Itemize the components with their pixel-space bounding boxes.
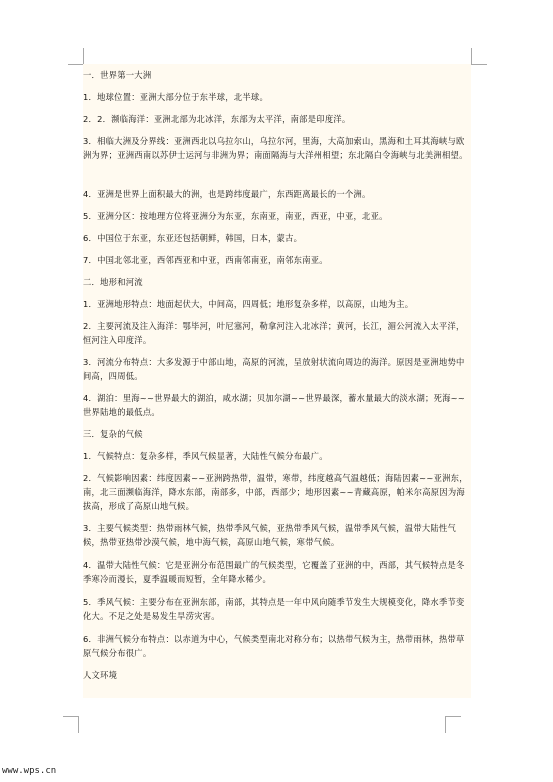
paragraph: 4．温带大陆性气候：它是亚洲分布范围最广的气候类型，它覆盖了亚洲的中，西部，其气…: [83, 558, 471, 586]
paragraph: 6．中国位于东亚，东亚还包括朝鲜，韩国，日本，蒙古。: [83, 231, 471, 245]
paragraph: 1．地球位置：亚洲大部分位于东半球，北半球。: [83, 90, 471, 104]
crop-mark-bottom-right: [445, 716, 461, 733]
paragraph: 2．2．濒临海洋：亚洲北部为北冰洋，东部为太平洋，南部是印度洋。: [83, 112, 471, 126]
paragraph: 2．气候影响因素：纬度因素~~亚洲跨热带，温带，寒带，纬度越高气温越低；海陆因素…: [83, 471, 471, 513]
paragraph: 3．相临大洲及分界线：亚洲西北以乌拉尔山，乌拉尔河，里海，大高加索山，黑海和土耳…: [83, 134, 471, 162]
section-heading: 三．复杂的气候: [83, 427, 471, 441]
paragraph: 1．气候特点：复杂多样，季风气候显著，大陆性气候分布最广。: [83, 449, 471, 463]
paragraph: 3．河流分布特点：大多发源于中部山地，高原的河流，呈放射状流向周边的海洋。原因是…: [83, 355, 471, 383]
paragraph: 5．亚洲分区：按地理方位将亚洲分为东亚，东南亚，南亚，西亚，中亚，北亚。: [83, 209, 471, 223]
paragraph: 1．亚洲地形特点：地面起伏大，中间高，四周低；地形复杂多样，以高原，山地为主。: [83, 297, 471, 311]
document-body: 一．世界第一大洲1．地球位置：亚洲大部分位于东半球，北半球。2．2．濒临海洋：亚…: [83, 64, 471, 698]
paragraph: 6．非洲气候分布特点：以赤道为中心，气候类型南北对称分布；以热带气候为主，热带雨…: [83, 632, 471, 660]
watermark-text: www.wps.cn: [2, 766, 56, 776]
section-heading: 一．世界第一大洲: [83, 68, 471, 82]
section-heading: 人文环境: [83, 668, 471, 682]
paragraph: 7．中国北邻北亚，西邻西亚和中亚，西南邻南亚，南邻东南亚。: [83, 253, 471, 267]
crop-mark-top-left: [68, 48, 84, 65]
paragraph: 2．主要河流及注入海洋：鄂毕河，叶尼塞河，勒拿河注入北冰洋；黄河，长江，湄公河流…: [83, 319, 471, 347]
paragraph: 5．季风气候：主要分布在亚洲东部，南部，其特点是一年中风向随季节发生大规模变化，…: [83, 595, 471, 623]
section-heading: 二．地形和河流: [83, 275, 471, 289]
crop-mark-top-right: [471, 48, 487, 65]
paragraph: 4．湖泊：里海~~世界最大的湖泊，咸水湖；贝加尔湖~~世界最深，蓄水量最大的淡水…: [83, 391, 471, 419]
crop-mark-bottom-left: [63, 716, 79, 733]
paragraph: 4．亚洲是世界上面积最大的洲，也是跨纬度最广，东西距离最长的一个洲。: [83, 187, 471, 201]
paragraph: 3．主要气候类型：热带雨林气候，热带季风气候，亚热带季风气候，温带季风气候，温带…: [83, 521, 471, 549]
